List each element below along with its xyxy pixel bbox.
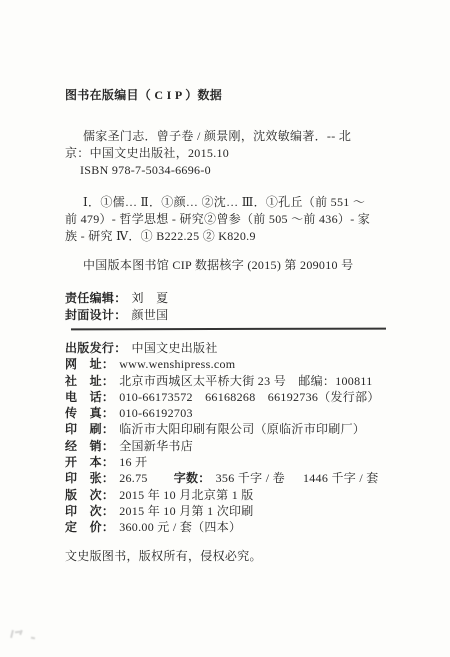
isbn-line: ISBN 978-7-5034-6696-0 xyxy=(65,162,410,179)
cip-record-number: 中国版本图书馆 CIP 数据核字 (2015) 第 209010 号 xyxy=(65,257,410,274)
cip-classification: Ⅰ．①儒… Ⅱ．①颜… ②沈… Ⅲ．①孔丘（前 551 ～ 前 479）- 哲学… xyxy=(65,194,410,245)
printer-row: 印 刷：临沂市大阳印刷有限公司（原临沂市印刷厂） xyxy=(65,421,410,437)
credits-block: 责任编辑：刘 夏 封面设计：颜世国 xyxy=(65,290,410,324)
distributor-value: 全国新华书店 xyxy=(119,439,193,453)
classification-line-2: 前 479）- 哲学思想 - 研究②曾参（前 505 ～前 436）- 家 xyxy=(65,211,410,228)
distributor-label: 经 销： xyxy=(65,439,114,453)
edition-row: 版 次：2015 年 10 月北京第 1 版 xyxy=(65,487,410,503)
address-value: 北京市西城区太平桥大街 23 号 邮编：100811 xyxy=(119,374,372,388)
impression-label: 印 次： xyxy=(65,504,114,518)
format-row: 开 本：16 开 xyxy=(65,454,410,470)
address-label: 社 址： xyxy=(65,374,114,388)
printer-value: 临沂市大阳印刷有限公司（原临沂市印刷厂） xyxy=(119,422,365,436)
publisher-row: 出版发行：中国文史出版社 xyxy=(65,340,410,356)
sheets-value: 26.75 xyxy=(119,471,148,485)
wordcount-label: 字数： xyxy=(174,471,211,485)
format-value: 16 开 xyxy=(119,455,147,469)
publisher-value: 中国文史出版社 xyxy=(132,341,218,355)
publishing-info-block: 出版发行：中国文史出版社 网 址：www.wenshipress.com 社 址… xyxy=(65,340,410,536)
phone-row: 电 话：010-66173572 66168268 66192736（发行部） xyxy=(65,389,410,405)
impression-value: 2015 年 10 月第 1 次印刷 xyxy=(119,504,253,518)
fax-value: 010-66192703 xyxy=(119,406,193,420)
price-row: 定 价：360.00 元 / 套（四本） xyxy=(65,519,410,535)
editor-row: 责任编辑：刘 夏 xyxy=(65,290,410,307)
editor-label: 责任编辑： xyxy=(65,291,127,305)
address-row: 社 址：北京市西城区太平桥大街 23 号 邮编：100811 xyxy=(65,373,410,389)
cip-entry: 儒家圣门志．曾子卷 / 颜景刚，沈效敏编著．-- 北 京：中国文史出版社，201… xyxy=(65,128,410,179)
sheets-row: 印 张：26.75字数：356 千字 / 卷1446 千字 / 套 xyxy=(65,470,410,486)
scan-smudge-artifact xyxy=(11,629,37,641)
separator-rule xyxy=(71,328,386,331)
copyright-page: 图书在版编目（ C I P ）数据 儒家圣门志．曾子卷 / 颜景刚，沈效敏编著．… xyxy=(0,0,450,657)
cover-design-label: 封面设计： xyxy=(65,308,127,322)
website-label: 网 址： xyxy=(65,357,114,371)
copyright-notice: 文史版图书，版权所有，侵权必究。 xyxy=(65,548,410,565)
sheets-label: 印 张： xyxy=(65,471,114,485)
wordcount-per-set: 1446 千字 / 套 xyxy=(303,471,379,485)
impression-row: 印 次：2015 年 10 月第 1 次印刷 xyxy=(65,503,410,519)
fax-label: 传 真： xyxy=(65,406,114,420)
price-value: 360.00 元 / 套（四本） xyxy=(119,520,241,534)
cip-title-line-1: 儒家圣门志．曾子卷 / 颜景刚，沈效敏编著．-- 北 xyxy=(65,128,410,145)
distributor-row: 经 销：全国新华书店 xyxy=(65,438,410,454)
cip-header: 图书在版编目（ C I P ）数据 xyxy=(65,87,410,104)
classification-line-1: Ⅰ．①儒… Ⅱ．①颜… ②沈… Ⅲ．①孔丘（前 551 ～ xyxy=(65,194,410,211)
edition-label: 版 次： xyxy=(65,488,114,502)
website-row: 网 址：www.wenshipress.com xyxy=(65,356,410,372)
wordcount-per-volume: 356 千字 / 卷 xyxy=(216,471,285,485)
phone-value: 010-66173572 66168268 66192736（发行部） xyxy=(119,390,380,404)
cover-designer-name: 颜世国 xyxy=(132,308,169,322)
classification-line-3: 族 - 研究 Ⅳ．① B222.25 ② K820.9 xyxy=(65,228,410,245)
fax-row: 传 真：010-66192703 xyxy=(65,405,410,421)
format-label: 开 本： xyxy=(65,455,114,469)
price-label: 定 价： xyxy=(65,520,114,534)
printer-label: 印 刷： xyxy=(65,422,114,436)
phone-label: 电 话： xyxy=(65,390,114,404)
edition-value: 2015 年 10 月北京第 1 版 xyxy=(119,488,253,502)
publisher-label: 出版发行： xyxy=(65,341,127,355)
cover-design-row: 封面设计：颜世国 xyxy=(65,307,410,324)
website-value: www.wenshipress.com xyxy=(119,357,235,371)
editor-name: 刘 夏 xyxy=(132,291,169,305)
cip-title-line-2: 京：中国文史出版社，2015.10 xyxy=(65,145,410,162)
